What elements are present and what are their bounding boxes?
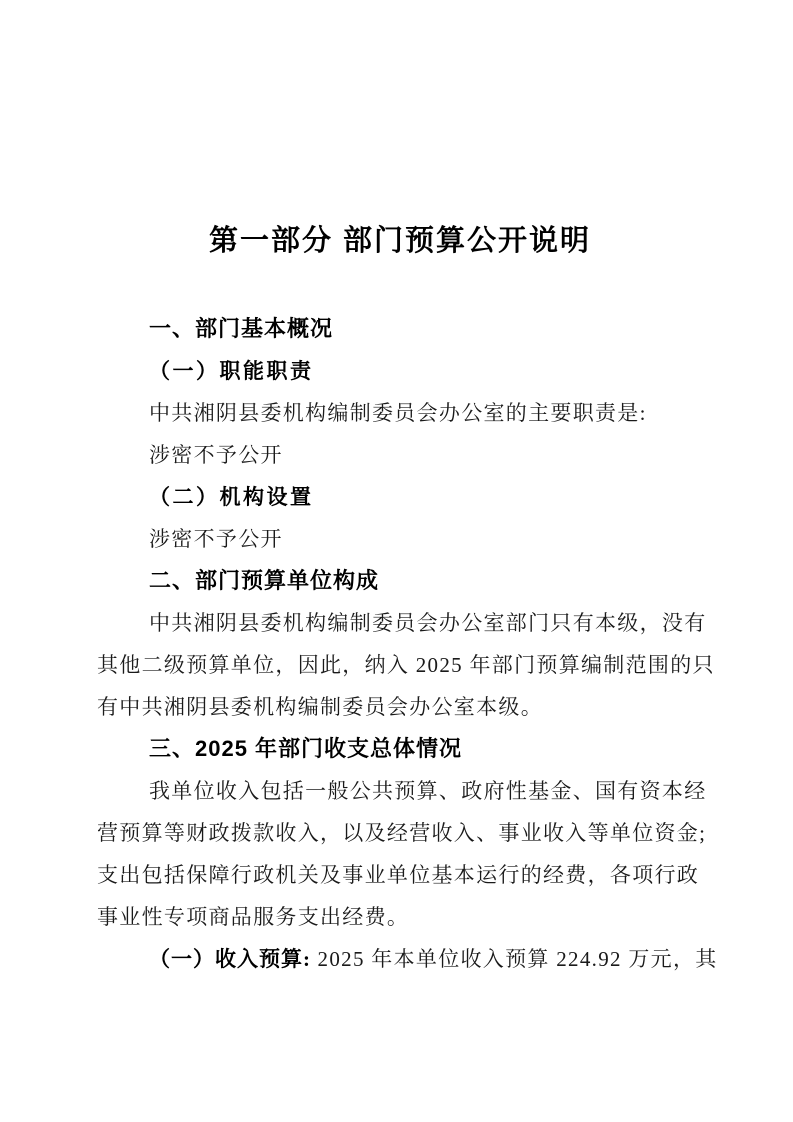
section-heading-3: 三、2025 年部门收支总体情况 bbox=[97, 728, 703, 770]
paragraph-line: 中共湘阴县委机构编制委员会办公室的主要职责是: bbox=[97, 392, 703, 434]
paragraph-line: 中共湘阴县委机构编制委员会办公室部门只有本级，没有 bbox=[97, 602, 703, 644]
subsection-heading-1-2: （二）机构设置 bbox=[97, 476, 703, 518]
subsection-lead-income-budget: （一）收入预算: bbox=[149, 947, 311, 971]
subsection-heading-1-1: （一）职能职责 bbox=[97, 350, 703, 392]
paragraph-line: 涉密不予公开 bbox=[97, 518, 703, 560]
paragraph-line: 支出包括保障行政机关及事业单位基本运行的经费，各项行政 bbox=[97, 854, 703, 896]
paragraph-line: 事业性专项商品服务支出经费。 bbox=[97, 896, 703, 938]
paragraph-line: 2025 年本单位收入预算 224.92 万元，其 bbox=[311, 947, 718, 971]
paragraph-line: 涉密不予公开 bbox=[97, 434, 703, 476]
document-title: 第一部分 部门预算公开说明 bbox=[97, 222, 703, 260]
paragraph-line: 其他二级预算单位，因此，纳入 2025 年部门预算编制范围的只 bbox=[97, 644, 703, 686]
section-heading-2: 二、部门预算单位构成 bbox=[97, 560, 703, 602]
section-heading-1: 一、部门基本概况 bbox=[97, 308, 703, 350]
paragraph-line: 有中共湘阴县委机构编制委员会办公室本级。 bbox=[97, 686, 703, 728]
paragraph-line: 营预算等财政拨款收入，以及经营收入、事业收入等单位资金; bbox=[97, 812, 703, 854]
paragraph-line-with-lead: （一）收入预算: 2025 年本单位收入预算 224.92 万元，其 bbox=[97, 938, 703, 980]
document-page: 第一部分 部门预算公开说明 一、部门基本概况 （一）职能职责 中共湘阴县委机构编… bbox=[0, 0, 793, 1122]
paragraph-line: 我单位收入包括一般公共预算、政府性基金、国有资本经 bbox=[97, 770, 703, 812]
document-content: 第一部分 部门预算公开说明 一、部门基本概况 （一）职能职责 中共湘阴县委机构编… bbox=[0, 0, 793, 980]
